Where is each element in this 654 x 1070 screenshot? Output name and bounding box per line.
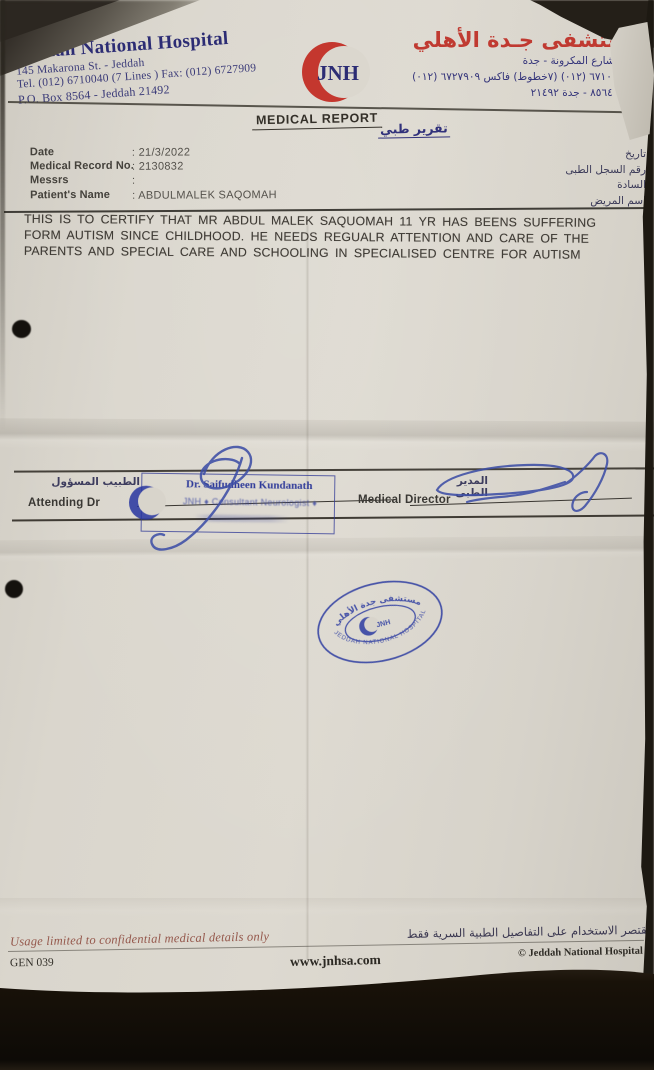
hole-punch — [12, 320, 31, 338]
hospital-tel-arabic: ت ٦٧١٠٠٤٠ (٠١٢) (٧خطوط) فاكس ٦٧٢٧٩٠٩ (٠١… — [342, 70, 642, 84]
website-url: www.jnhsa.com — [290, 952, 381, 970]
certificate-body-text: THIS IS TO CERTIFY THAT MR ABDUL MALEK S… — [24, 212, 644, 264]
stamp-center-text: JNH — [375, 618, 391, 629]
stamp-crescent-icon — [126, 481, 169, 524]
hospital-street-arabic: ١٤٥ - شارع المكرونة - جدة — [342, 54, 642, 68]
form-values: : 21/3/2022 : 2130832 : : ABDULMALEK SAQ… — [132, 144, 432, 202]
field-label-date-ar: تاريخ — [476, 147, 646, 163]
form-code: GEN 039 — [10, 957, 54, 970]
report-title-arabic: تقرير طبي — [378, 120, 450, 138]
horizontal-fold-crease — [0, 536, 654, 563]
attending-doctor-label: Attending Dr — [28, 497, 100, 509]
horizontal-fold-crease — [0, 418, 654, 451]
field-value-patient-name: : ABDULMALEK SAQOMAH — [132, 187, 432, 203]
doctor-name-stamp: Dr. Saifudheen Kundanath JNH ♦ Consultan… — [141, 473, 336, 535]
hole-punch — [5, 580, 23, 598]
form-labels-english: Date Medical Record No. Messrs Patient's… — [30, 145, 134, 202]
field-value-messrs: : — [132, 173, 432, 189]
scanned-medical-report: Jeddah National Hospital 145 Makarona St… — [0, 0, 654, 1070]
horizontal-fold-crease — [0, 898, 654, 916]
field-label-messrs-ar: السادة — [476, 178, 646, 194]
field-value-mrn: : 2130832 — [132, 158, 432, 174]
hospital-pobox-arabic: ص.ب ٨٥٦٤ - جدة ٢١٤٩٢ — [342, 86, 642, 100]
report-title-english: MEDICAL REPORT — [252, 111, 382, 131]
vertical-fold-crease — [306, 225, 310, 960]
doctor-stamp-title: JNH ♦ Consultant Neurologist ♦ — [168, 496, 332, 508]
hospital-name-arabic: مستشفى جـدة الأهلي — [342, 28, 642, 52]
doctor-stamp-name: Dr. Saifudheen Kundanath — [166, 478, 332, 492]
field-label-patient-name: Patient's Name — [30, 187, 134, 202]
field-label-date: Date — [30, 145, 134, 160]
form-labels-arabic: تاريخ رقم السجل الطبى السادة اسم المريض — [476, 147, 646, 209]
doctor-stamp-illegible-line — [194, 514, 290, 522]
field-label-mrn: Medical Record No. — [30, 159, 134, 174]
field-label-messrs: Messrs — [30, 173, 134, 188]
hospital-header-arabic: مستشفى جـدة الأهلي ١٤٥ - شارع المكرونة -… — [342, 28, 642, 100]
field-value-date: : 21/3/2022 — [132, 144, 432, 160]
field-label-mrn-ar: رقم السجل الطبى — [476, 163, 646, 179]
